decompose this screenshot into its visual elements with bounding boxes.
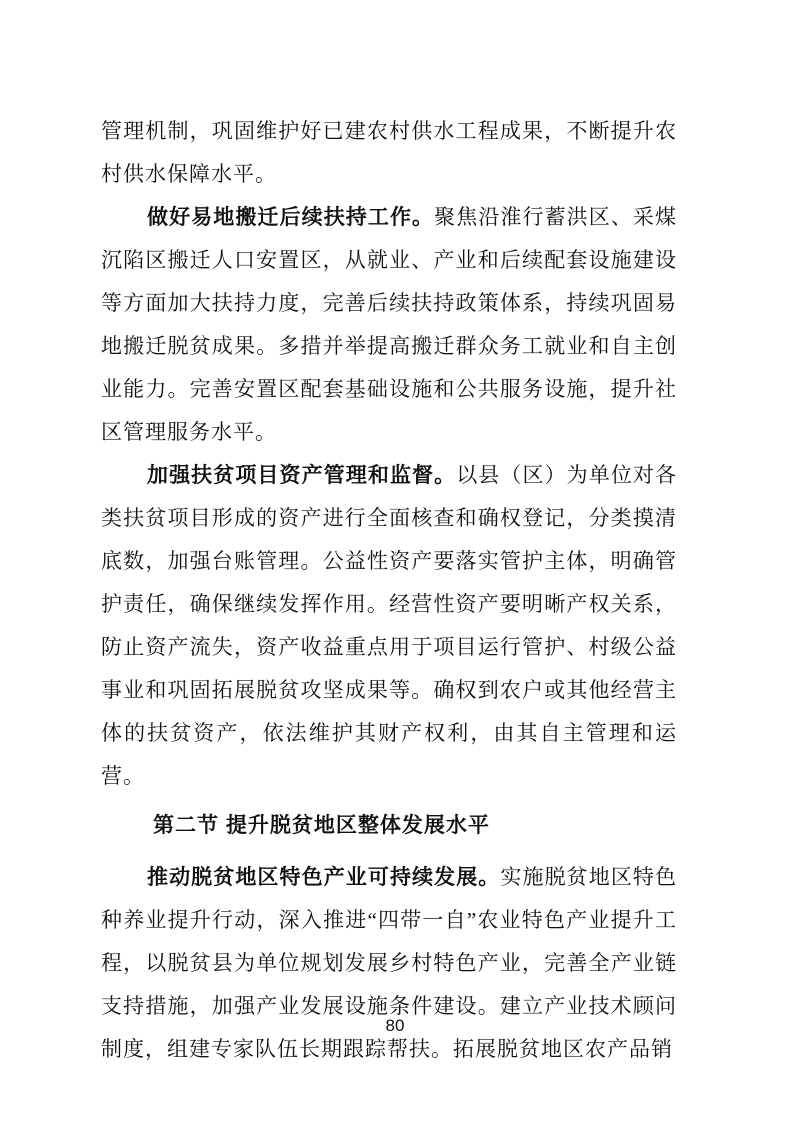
document-page: 管理机制，巩固维护好已建农村供水工程成果，不断提升农村供水保障水平。 做好易地搬… (0, 0, 790, 1122)
paragraph-text: 以县（区）为单位对各类扶贫项目形成的资产进行全面核查和确权登记，分类摸清底数，加… (101, 463, 677, 788)
paragraph-bold-lead: 推动脱贫地区特色产业可持续发展。 (147, 865, 500, 889)
paragraph-text: 管理机制，巩固维护好已建农村供水工程成果，不断提升农村供水保障水平。 (101, 119, 677, 186)
body-paragraph: 加强扶贫项目资产管理和监督。以县（区）为单位对各类扶贫项目形成的资产进行全面核查… (101, 454, 677, 798)
text-block: 管理机制，巩固维护好已建农村供水工程成果，不断提升农村供水保障水平。 做好易地搬… (101, 110, 677, 1071)
body-paragraph: 管理机制，巩固维护好已建农村供水工程成果，不断提升农村供水保障水平。 (101, 110, 677, 196)
section-heading: 第二节 提升脱贫地区整体发展水平 (101, 804, 677, 847)
paragraph-bold-lead: 加强扶贫项目资产管理和监督。 (147, 463, 456, 487)
body-paragraph: 做好易地搬迁后续扶持工作。聚焦沿淮行蓄洪区、采煤沉陷区搬迁人口安置区，从就业、产… (101, 196, 677, 454)
paragraph-text: 聚焦沿淮行蓄洪区、采煤沉陷区搬迁人口安置区，从就业、产业和后续配套设施建设等方面… (101, 205, 677, 444)
page-number: 80 (0, 1016, 790, 1036)
paragraph-bold-lead: 做好易地搬迁后续扶持工作。 (147, 205, 434, 229)
body-paragraph: 推动脱贫地区特色产业可持续发展。实施脱贫地区特色种养业提升行动，深入推进“四带一… (101, 856, 677, 1071)
